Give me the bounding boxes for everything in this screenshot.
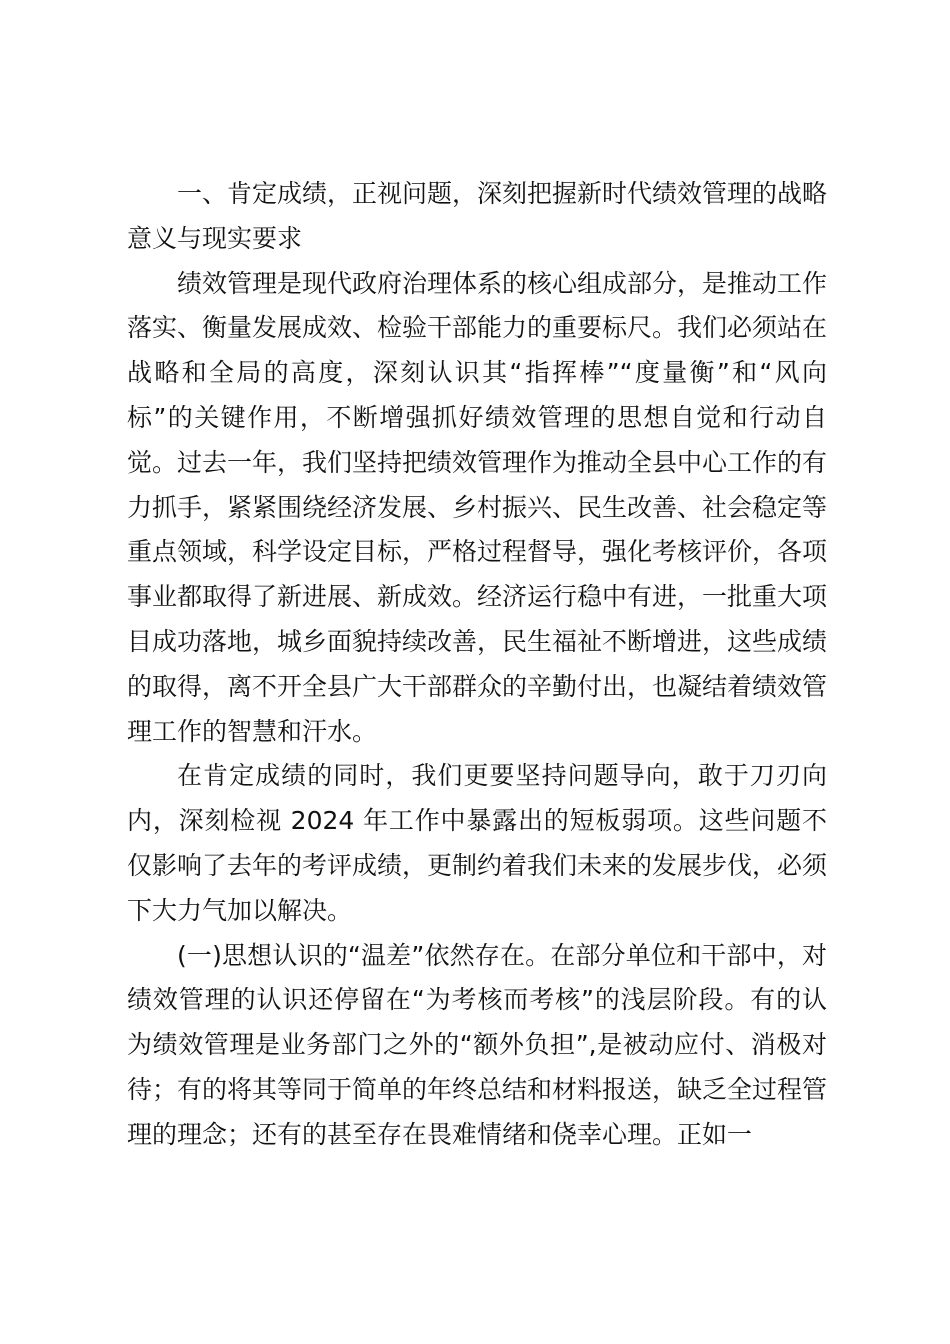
paragraph-problem-orientation: 在肯定成绩的同时，我们更要坚持问题导向，敢于刀刃向内，深刻检视 2024 年工作… (127, 754, 827, 933)
paragraph-performance-management: 绩效管理是现代政府治理体系的核心组成部分，是推动工作落实、衡量发展成效、检验干部… (127, 262, 827, 755)
document-page: 一、肯定成绩，正视问题，深刻把握新时代绩效管理的战略意义与现实要求 绩效管理是现… (0, 0, 950, 1344)
section-heading: 一、肯定成绩，正视问题，深刻把握新时代绩效管理的战略意义与现实要求 (127, 172, 827, 262)
document-body: 一、肯定成绩，正视问题，深刻把握新时代绩效管理的战略意义与现实要求 绩效管理是现… (127, 172, 827, 1158)
paragraph-ideological-gap: (一)思想认识的“温差”依然存在。在部分单位和干部中，对绩效管理的认识还停留在“… (127, 934, 827, 1158)
